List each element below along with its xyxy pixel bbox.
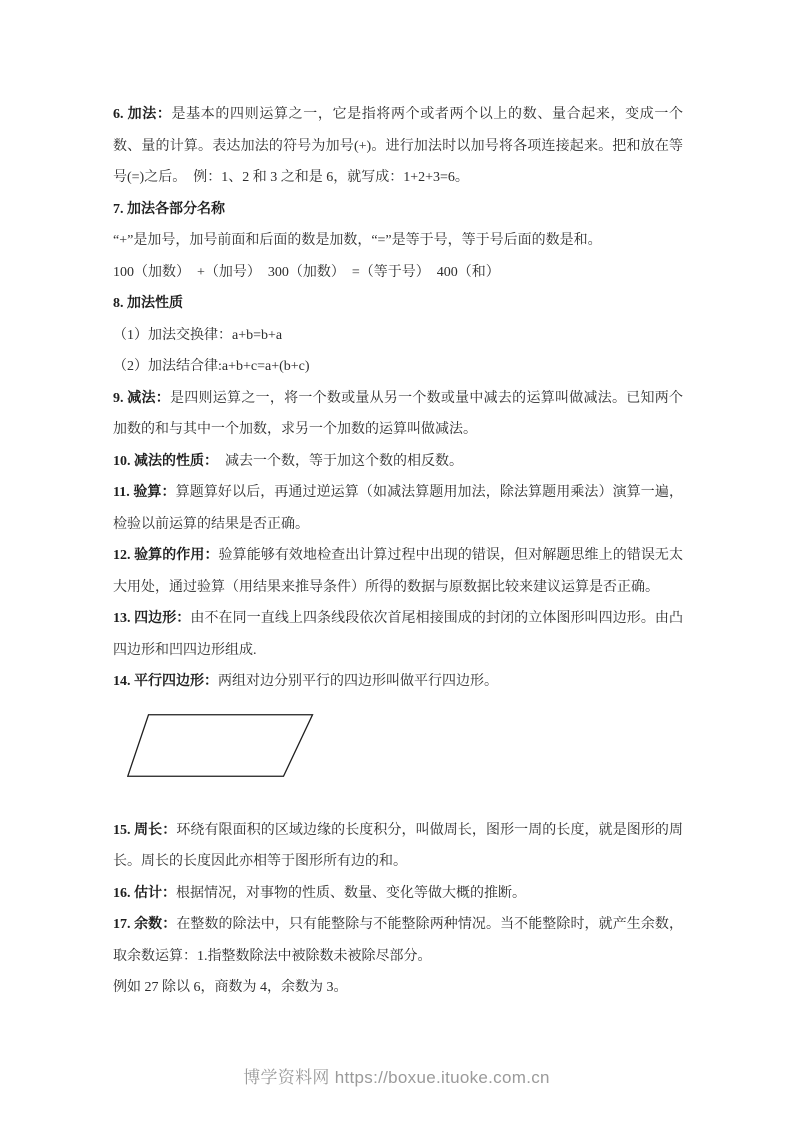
paragraph-text: 在整数的除法中，只有能整除与不能整除两种情况。当不能整除时，就产生余数，取余数运… — [113, 917, 683, 964]
term-label: 11. 验算： — [113, 485, 176, 500]
doc-paragraph: 11. 验算：算题算好以后，再通过逆运算（如减法算题用加法，除法算题用乘法）演算… — [113, 477, 683, 540]
term-label: 16. 估计： — [113, 886, 176, 901]
paragraph-text: 由不在同一直线上四条线段依次首尾相接围成的封闭的立体图形叫四边形。由凸四边形和凹… — [113, 611, 683, 658]
term-label: 10. 减法的性质： — [113, 454, 211, 469]
paragraph-text: 是四则运算之一，将一个数或量从另一个数或量中减去的运算叫做减法。已知两个加数的和… — [113, 391, 683, 438]
doc-paragraph: 10. 减法的性质： 减去一个数，等于加这个数的相反数。 — [113, 446, 683, 478]
document-page: 6. 加法：是基本的四则运算之一，它是指将两个或者两个以上的数、量合起来，变成一… — [0, 0, 793, 1122]
term-label: 15. 周长： — [113, 823, 176, 838]
term-label: 17. 余数： — [113, 917, 176, 932]
paragraph-text: 算题算好以后，再通过逆运算（如减法算题用加法，除法算题用乘法）演算一遍，检验以前… — [113, 485, 683, 532]
doc-paragraph: 15. 周长：环绕有限面积的区域边缘的长度积分，叫做周长，图形一周的长度，就是图… — [113, 815, 683, 878]
paragraph-text: 100（加数） +（加号） 300（加数） =（等于号） 400（和） — [113, 265, 500, 280]
paragraph-text: 两组对边分别平行的四边形叫做平行四边形。 — [218, 674, 498, 689]
paragraph-text: （2）加法结合律:a+b+c=a+(b+c) — [113, 359, 310, 374]
doc-paragraph: 例如 27 除以 6，商数为 4，余数为 3。 — [113, 972, 683, 1004]
doc-paragraph: （1）加法交换律：a+b=b+a — [113, 320, 683, 352]
doc-paragraph: 16. 估计：根据情况，对事物的性质、数量、变化等做大概的推断。 — [113, 878, 683, 910]
term-label: 13. 四边形： — [113, 611, 190, 626]
doc-paragraph: 14. 平行四边形：两组对边分别平行的四边形叫做平行四边形。 — [113, 666, 683, 698]
document-body: 6. 加法：是基本的四则运算之一，它是指将两个或者两个以上的数、量合起来，变成一… — [113, 99, 683, 1004]
paragraph-text: “+”是加号，加号前面和后面的数是加数，“=”是等于号，等于号后面的数是和。 — [113, 233, 602, 248]
doc-paragraph: “+”是加号，加号前面和后面的数是加数，“=”是等于号，等于号后面的数是和。 — [113, 225, 683, 257]
paragraph-text: （1）加法交换律：a+b=b+a — [113, 328, 282, 343]
paragraph-text: 环绕有限面积的区域边缘的长度积分，叫做周长，图形一周的长度，就是图形的周长。周长… — [113, 823, 683, 870]
doc-paragraph: 6. 加法：是基本的四则运算之一，它是指将两个或者两个以上的数、量合起来，变成一… — [113, 99, 683, 194]
doc-paragraph: 13. 四边形：由不在同一直线上四条线段依次首尾相接围成的封闭的立体图形叫四边形… — [113, 603, 683, 666]
paragraph-text: 根据情况，对事物的性质、数量、变化等做大概的推断。 — [176, 886, 526, 901]
footer-watermark: 博学资料网 https://boxue.ituoke.com.cn — [0, 1063, 793, 1088]
paragraph-text: 例如 27 除以 6，商数为 4，余数为 3。 — [113, 980, 348, 995]
doc-paragraph: 9. 减法：是四则运算之一，将一个数或量从另一个数或量中减去的运算叫做减法。已知… — [113, 383, 683, 446]
doc-paragraph: （2）加法结合律:a+b+c=a+(b+c) — [113, 351, 683, 383]
doc-paragraph: 12. 验算的作用：验算能够有效地检查出计算过程中出现的错误，但对解题思维上的错… — [113, 540, 683, 603]
doc-paragraph: 17. 余数：在整数的除法中，只有能整除与不能整除两种情况。当不能整除时，就产生… — [113, 909, 683, 972]
term-label: 14. 平行四边形： — [113, 674, 218, 689]
term-label: 9. 减法： — [113, 391, 170, 406]
paragraph-text: 是基本的四则运算之一，它是指将两个或者两个以上的数、量合起来，变成一个数、量的计… — [113, 107, 683, 185]
term-label: 8. 加法性质 — [113, 296, 183, 311]
doc-paragraph: 100（加数） +（加号） 300（加数） =（等于号） 400（和） — [113, 257, 683, 289]
paragraph-text: 减去一个数，等于加这个数的相反数。 — [211, 454, 463, 469]
doc-paragraph: 8. 加法性质 — [113, 288, 683, 320]
term-label: 12. 验算的作用： — [113, 548, 219, 563]
parallelogram-shape — [127, 714, 314, 777]
doc-paragraph: 7. 加法各部分名称 — [113, 194, 683, 226]
parallelogram-figure — [127, 714, 683, 777]
term-label: 7. 加法各部分名称 — [113, 202, 225, 217]
term-label: 6. 加法： — [113, 107, 172, 122]
